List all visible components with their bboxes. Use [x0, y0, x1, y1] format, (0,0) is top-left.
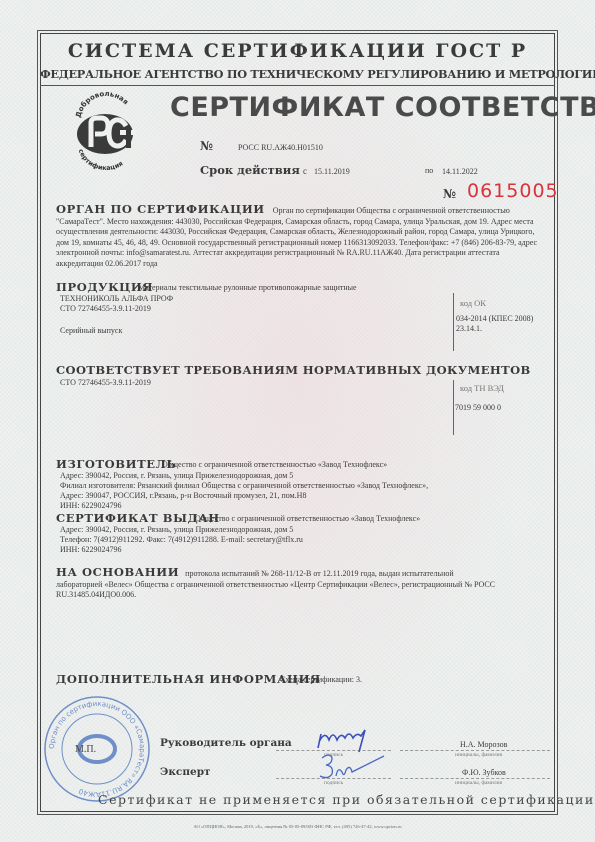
manufacturer-heading: ИЗГОТОВИТЕЛЬ [56, 457, 176, 471]
manufacturer-line: ИНН: 6229024796 [60, 501, 122, 510]
expert-name-caption: инициалы, фамилия [455, 780, 502, 786]
manufacturer-line: Адрес: 390042, Россия, г. Рязань, улица … [60, 471, 293, 480]
printer-info: АО «ОПЦИОН», Москва, 2019, «Б», лицензия… [0, 824, 595, 829]
expert-label: Эксперт [160, 766, 211, 778]
product-standard: СТО 72746455-3.9.11-2019 [60, 304, 151, 313]
tn-ved-code: 7019 59 000 0 [455, 403, 501, 412]
manufacturer-line: Адрес: 390047, РОССИЯ, г.Рязань, р-н Вос… [60, 491, 306, 500]
certification-body-heading: ОРГАН ПО СЕРТИФИКАЦИИ [56, 202, 265, 216]
issued-to-line: ИНН: 6229024796 [60, 545, 122, 554]
header-divider [40, 85, 555, 86]
ok-code-line2: 23.14.1. [456, 324, 482, 333]
number-label: № [200, 139, 213, 153]
manufacturer-name: Общество с ограниченной ответственностью… [162, 460, 387, 469]
expert-name-line [400, 778, 550, 779]
form-number: 0615005 [467, 180, 559, 202]
agency-name: ФЕДЕРАЛЬНОЕ АГЕНТСТВО ПО ТЕХНИЧЕСКОМУ РЕ… [40, 67, 555, 81]
issued-to-line: Телефон: 7(4912)911292. Факс: 7(4912)911… [60, 535, 303, 544]
form-number-label: № [443, 187, 456, 201]
validity-label: Срок действия [200, 163, 300, 177]
ok-code-line1: 034-2014 (КПЕС 2008) [456, 314, 533, 323]
valid-to-label: по [425, 166, 433, 175]
valid-to-date: 14.11.2022 [442, 167, 478, 176]
expert-signature-icon [318, 752, 388, 782]
tn-ved-divider [453, 380, 454, 435]
footer-note: Сертификат не применяется при обязательн… [98, 792, 595, 807]
additional-info-text: Схема сертификации: 3. [280, 675, 362, 684]
product-name: ТЕХНОНИКОЛЬ АЛЬФА ПРОФ [60, 294, 173, 303]
ok-code-label: код ОК [460, 298, 486, 308]
manufacturer-line: Филиал изготовителя: Рязанский филиал Об… [60, 481, 428, 490]
ok-code-divider [453, 293, 454, 351]
head-name-caption: инициалы, фамилия [455, 752, 502, 758]
expert-name: Ф.Ю. Зубков [462, 768, 506, 777]
svg-text:Орган по сертификации ООО «Сам: Орган по сертификации ООО «СамараТест» R… [48, 700, 146, 798]
release-type: Серийный выпуск [60, 326, 122, 335]
certificate-number: РОСС RU.АЖ40.Н01510 [238, 143, 323, 152]
head-name: Н.А. Морозов [460, 740, 507, 749]
head-signature-icon [315, 726, 375, 754]
certification-body-section: ОРГАН ПО СЕРТИФИКАЦИИОрган по сертификац… [56, 204, 546, 270]
rst-logo-icon: Добровольная сертификация [72, 92, 138, 170]
tn-ved-label: код ТН ВЭД [460, 383, 504, 393]
valid-from-date: 15.11.2019 [314, 167, 350, 176]
basis-heading: НА ОСНОВАНИИ [56, 565, 179, 579]
certificate-title: СЕРТИФИКАТ СООТВЕТСТВИЯ [170, 92, 595, 123]
head-name-line [400, 750, 550, 751]
issued-to-name: Общество с ограниченной ответственностью… [195, 514, 420, 523]
official-stamp-icon: Орган по сертификации ООО «СамараТест» R… [42, 694, 152, 804]
product-description: Материалы текстильные рулонные противопо… [138, 283, 357, 292]
issued-to-line: Адрес: 390042, Россия, г. Рязань, улица … [60, 525, 293, 534]
system-title: СИСТЕМА СЕРТИФИКАЦИИ ГОСТ Р [40, 40, 555, 62]
conformity-document: СТО 72746455-3.9.11-2019 [60, 378, 151, 387]
basis-section: НА ОСНОВАНИИпротокола испытаний № 268-11… [56, 567, 496, 601]
conformity-heading: СООТВЕТСТВУЕТ ТРЕБОВАНИЯМ НОРМАТИВНЫХ ДО… [56, 363, 531, 377]
valid-from-label: с [303, 166, 307, 176]
stamp-label: М.П. [75, 744, 96, 755]
head-label: Руководитель органа [160, 737, 292, 749]
expert-signature-caption: подпись [324, 780, 343, 786]
